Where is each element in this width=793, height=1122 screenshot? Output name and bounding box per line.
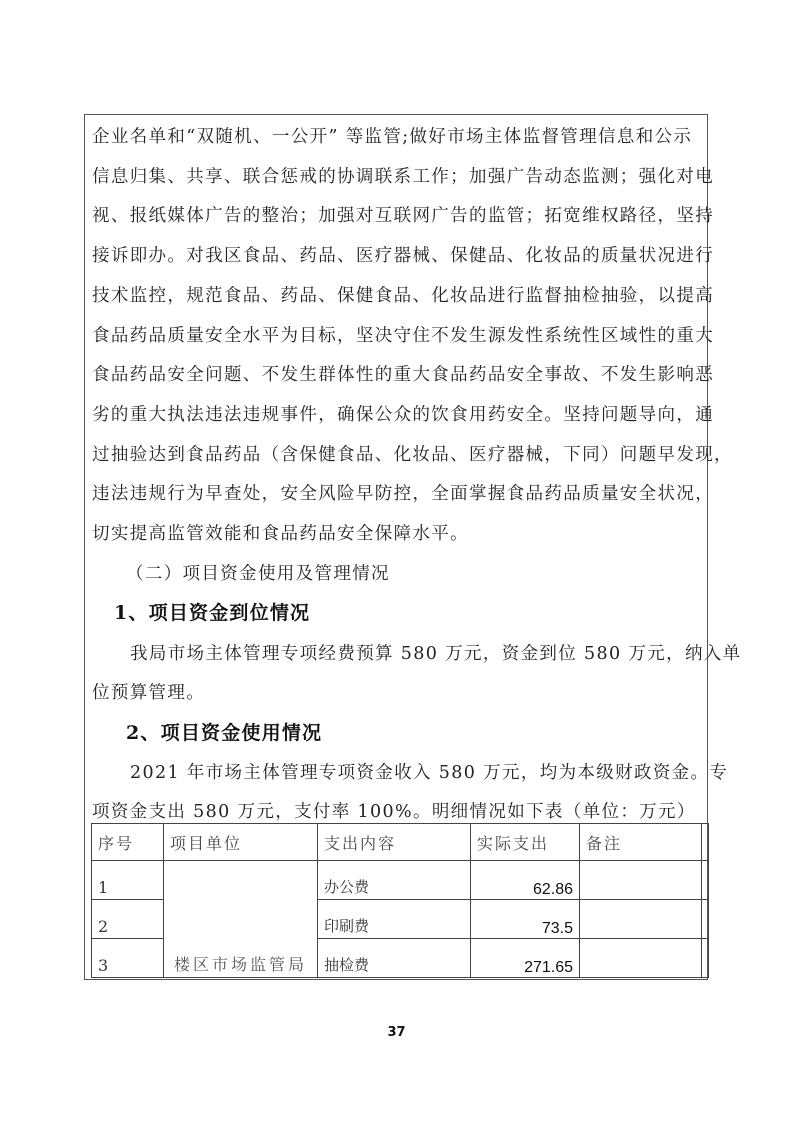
section-heading: （二）项目资金使用及管理情况 <box>126 564 390 584</box>
table-row: 1 楼区市场监管局 办公费 62.86 <box>92 861 709 900</box>
paragraph-line: 技术监控，规范食品、药品、保健食品、化妆品进行监督抽检抽验，以提高 <box>92 286 714 306</box>
row-note <box>580 939 702 978</box>
paragraph-line: 我局市场主体管理专项经费预算 580 万元，资金到位 580 万元，纳入单 <box>130 644 742 664</box>
header-extra <box>702 824 709 861</box>
row-amount: 271.65 <box>471 939 580 978</box>
paragraph-line: 信息归集、共享、联合惩戒的协调联系工作；加强广告动态监测；强化对电 <box>92 167 714 187</box>
row-note <box>580 900 702 939</box>
paragraph-line: 视、报纸媒体广告的整治；加强对互联网广告的监管；拓宽维权路径，坚持 <box>92 206 714 226</box>
row-amount: 73.5 <box>471 900 580 939</box>
subsection-heading-2: 2、项目资金使用情况 <box>126 723 322 743</box>
header-unit: 项目单位 <box>164 824 318 861</box>
header-amount: 实际支出 <box>471 824 580 861</box>
paragraph-line: 食品药品安全问题、不发生群体性的重大食品药品安全事故、不发生影响恶 <box>92 365 714 385</box>
row-amount: 62.86 <box>471 861 580 900</box>
paragraph-line: 项资金支出 580 万元，支付率 100%。明细情况如下表（单位：万元） <box>92 802 696 822</box>
paragraph-line: 违法违规行为早查处，安全风险早防控，全面掌握食品药品质量安全状况， <box>92 484 714 504</box>
table-header-row: 序号 项目单位 支出内容 实际支出 备注 <box>92 824 709 861</box>
header-index: 序号 <box>92 824 164 861</box>
paragraph-line: 接诉即办。对我区食品、药品、医疗器械、保健品、化妆品的质量状况进行 <box>92 246 714 266</box>
header-item: 支出内容 <box>318 824 471 861</box>
row-extra <box>702 939 709 978</box>
paragraph-line: 食品药品质量安全水平为目标，坚决守住不发生源发性系统性区域性的重大 <box>92 326 714 346</box>
paragraph-line: 位预算管理。 <box>92 683 205 703</box>
row-item: 办公费 <box>318 861 471 900</box>
paragraph-line: 劣的重大执法违法违规事件，确保公众的饮食用药安全。坚持问题导向，通 <box>92 405 714 425</box>
paragraph-line: 切实提高监管效能和食品药品安全保障水平。 <box>92 524 469 544</box>
row-extra <box>702 900 709 939</box>
row-index: 1 <box>92 861 164 900</box>
row-index: 3 <box>92 939 164 978</box>
row-note <box>580 861 702 900</box>
row-unit: 楼区市场监管局 <box>164 861 318 978</box>
paragraph-line: 2021 年市场主体管理专项资金收入 580 万元，均为本级财政资金。专 <box>130 763 728 783</box>
subsection-heading-1: 1、项目资金到位情况 <box>114 603 310 623</box>
row-index: 2 <box>92 900 164 939</box>
paragraph-line: 企业名单和“双随机、一公开” 等监管;做好市场主体监督管理信息和公示 <box>92 127 692 147</box>
row-extra <box>702 861 709 900</box>
expense-table: 序号 项目单位 支出内容 实际支出 备注 1 楼区市场监管局 办公费 62.86… <box>91 823 709 978</box>
page-number: 37 <box>0 1025 793 1040</box>
row-item: 抽检费 <box>318 939 471 978</box>
header-note: 备注 <box>580 824 702 861</box>
paragraph-line: 过抽验达到食品药品（含保健食品、化妆品、医疗器械，下同）问题早发现， <box>92 445 733 465</box>
row-item: 印刷费 <box>318 900 471 939</box>
